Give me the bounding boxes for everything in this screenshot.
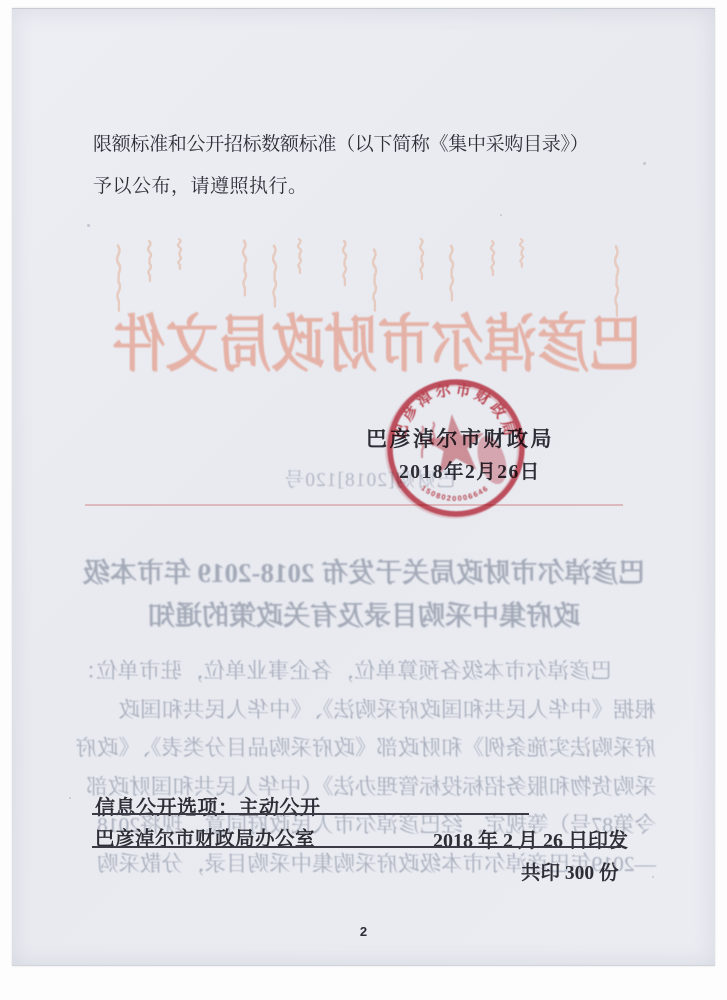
footer-print-date: 2018 年 2 月 26 日印发 xyxy=(433,824,628,853)
official-seal: 巴彦淖尔市财政局 1508020006646 xyxy=(380,374,532,526)
scanned-document-page: 限额标准和公开招标数额标准（以下简称《集中采购目录》） 予以公布，请遵照执行。 … xyxy=(0,0,727,1000)
bleed-title-line1: 巴彦淖尔市财政局关于发布 2018-2019 年市本级 xyxy=(72,552,656,595)
seal-serial-number: 1508020006646 xyxy=(419,483,490,503)
footer-divider-line-1 xyxy=(92,813,529,815)
footer-disclosure-option: 信息公开选项：主动公开 xyxy=(95,791,321,820)
seal-ink-smudge xyxy=(472,432,512,488)
bleed-paragraph-line: 府采购法实施条例》和财政部《政府采购品目分类表》、《政府 xyxy=(76,729,656,768)
svg-text:1508020006646: 1508020006646 xyxy=(419,483,490,503)
bleed-red-rule xyxy=(85,504,623,506)
seal-star xyxy=(421,411,488,475)
bleed-paragraph-line: 巴彦淖尔市本级各预算单位，各企事业单位，驻市单位： xyxy=(76,652,656,691)
bleed-paragraph-line: 根据《中华人民共和国政府采购法》、《中华人民共和国政 xyxy=(76,691,656,730)
scan-speck xyxy=(87,224,90,227)
scan-speck xyxy=(69,797,71,799)
bleed-title-line2: 政府集中采购目录及有关政策的通知 xyxy=(72,595,656,638)
scan-speck xyxy=(500,214,502,216)
bleed-masthead-title-mirrored: 巴彦淖尔市财政局文件 xyxy=(105,295,650,392)
body-paragraph-line2: 予以公布，请遵照执行。 xyxy=(93,171,308,198)
scan-speck xyxy=(652,876,654,878)
body-paragraph-line1: 限额标准和公开招标数额标准（以下简称《集中采购目录》） xyxy=(93,129,588,156)
footer-copies-count: 共印 300 份 xyxy=(521,857,619,885)
scan-speck xyxy=(643,162,646,165)
seal-mongolian-stroke xyxy=(421,426,424,458)
page-number: 2 xyxy=(0,924,727,939)
bleed-notice-title-mirrored: 巴彦淖尔市财政局关于发布 2018-2019 年市本级 政府集中采购目录及有关政… xyxy=(72,552,656,638)
footer-divider-line-2 xyxy=(92,846,621,848)
